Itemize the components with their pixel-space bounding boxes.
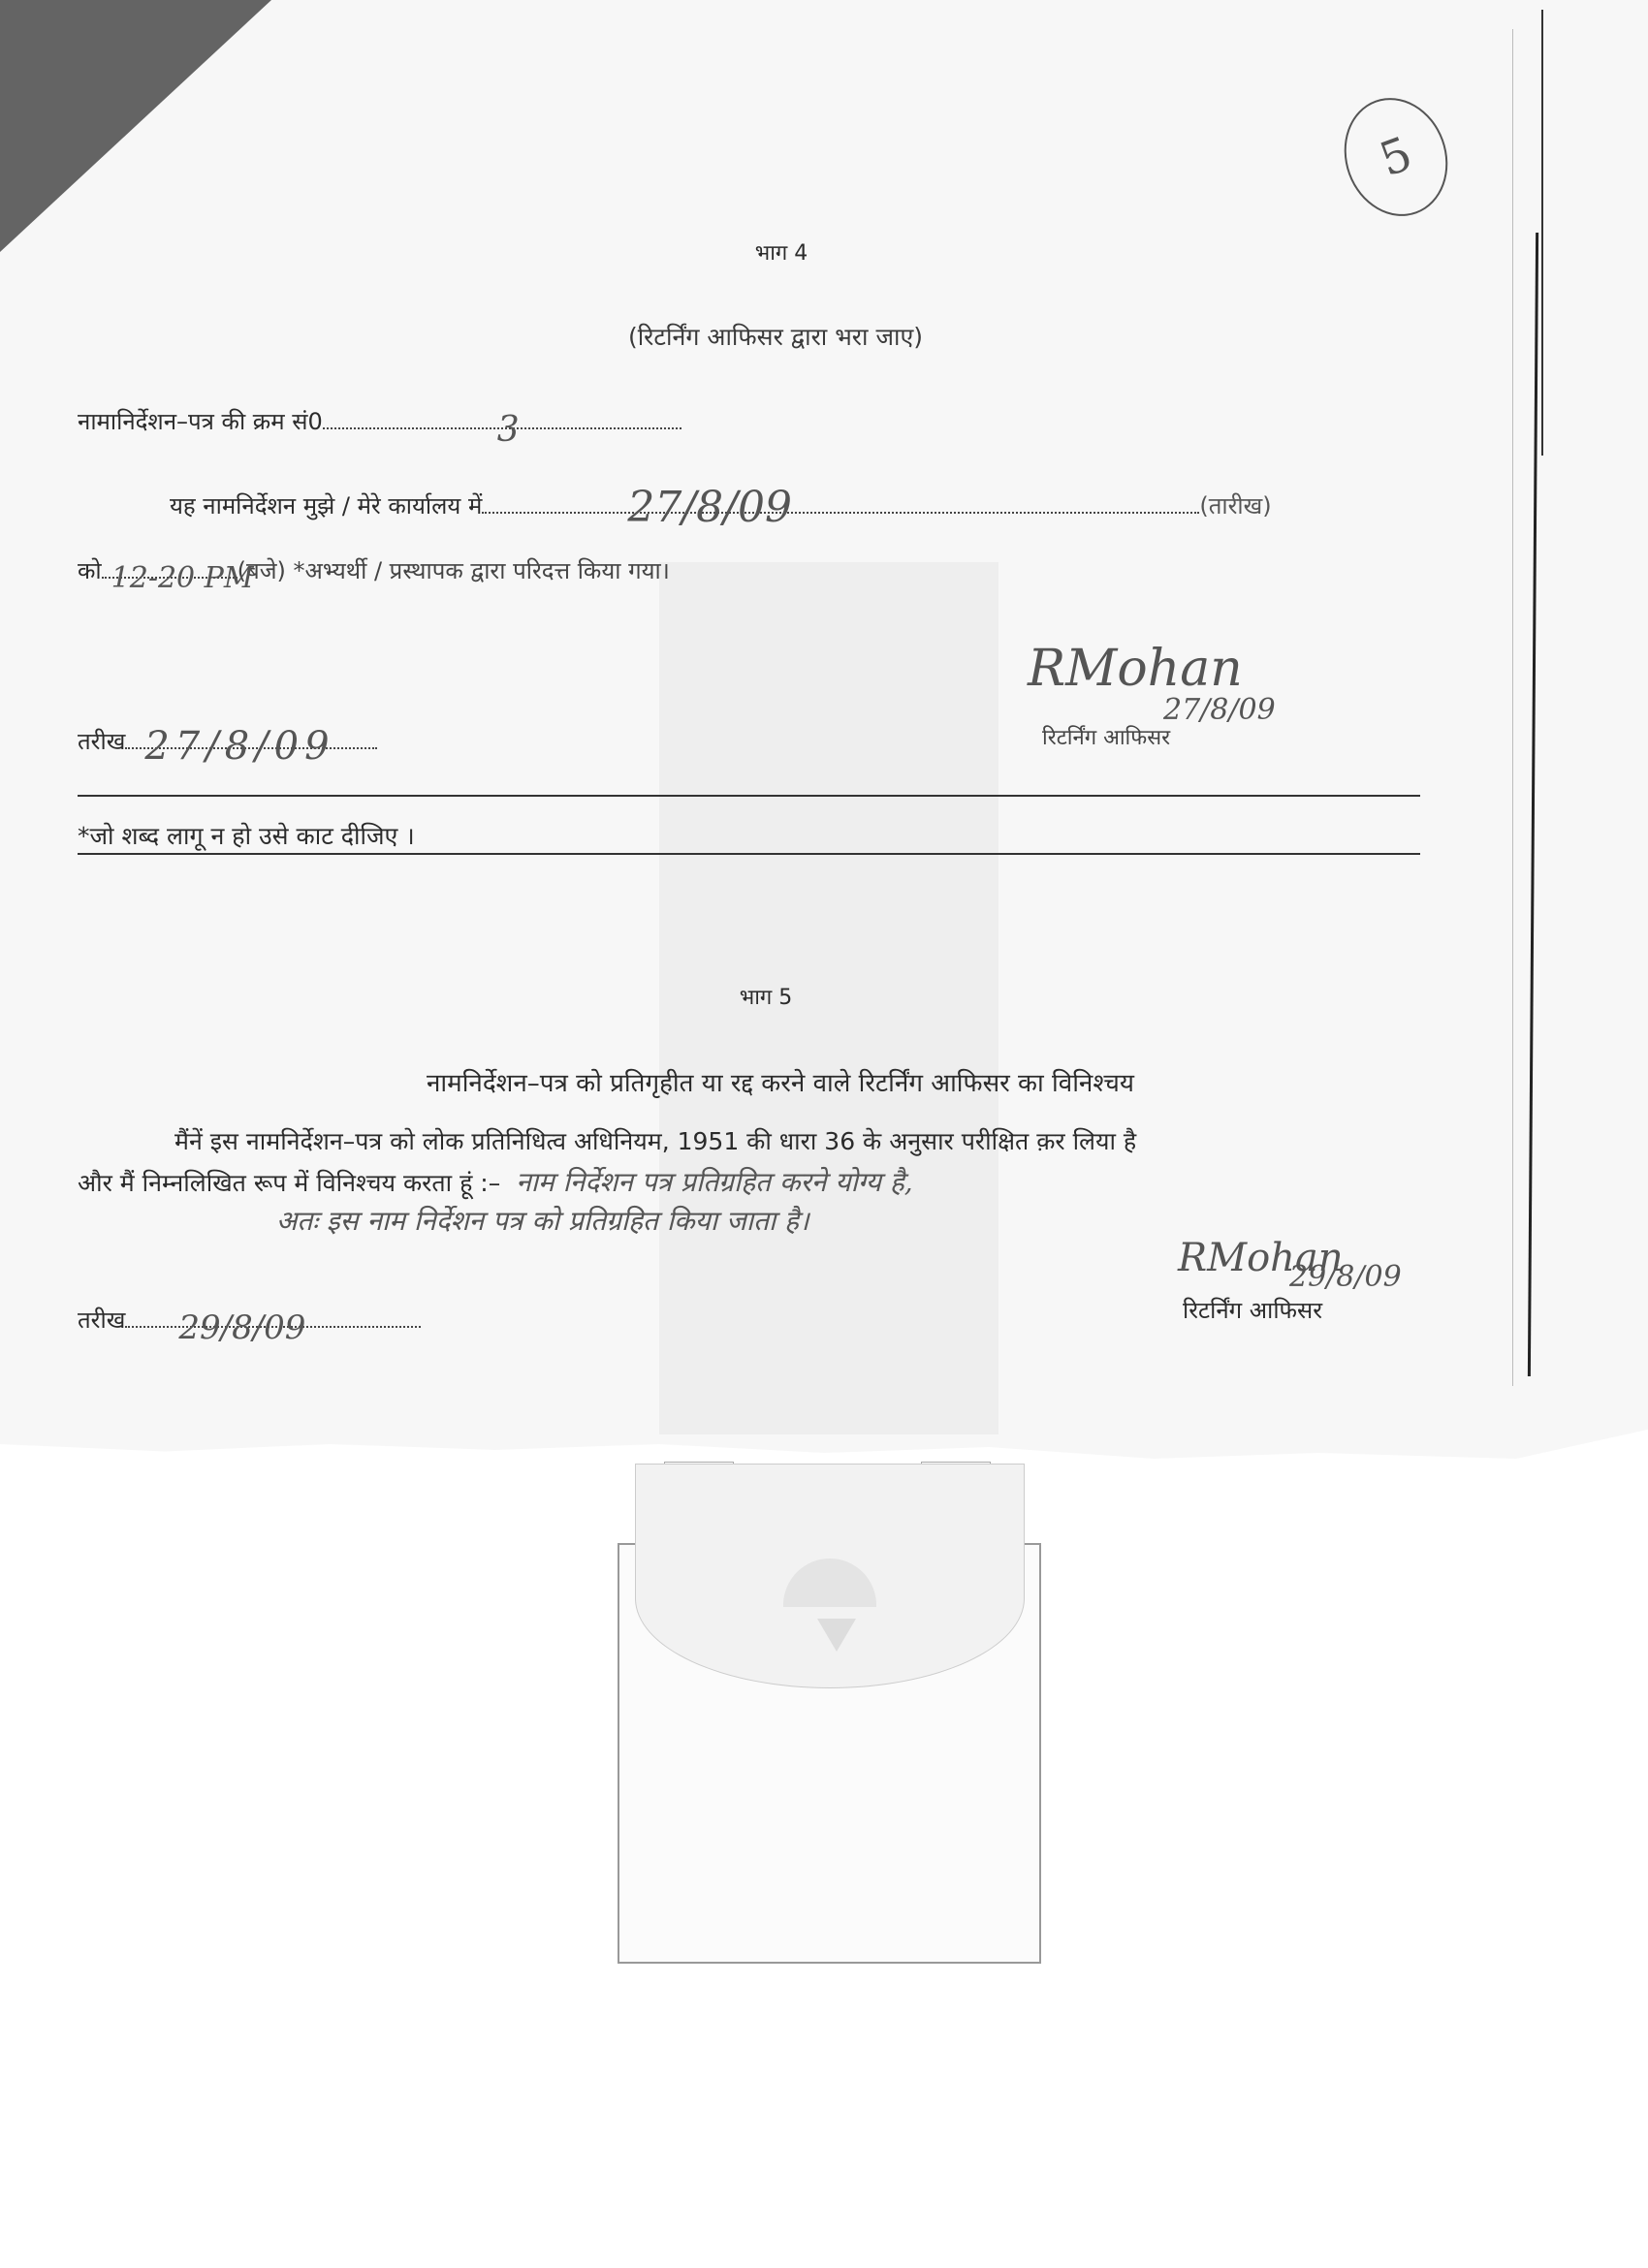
serial-field: 3: [323, 427, 681, 429]
part4-date-field: 27/8/09: [125, 747, 377, 749]
serial-label: नामानिर्देशन–पत्र की क्रम सं0: [78, 408, 323, 435]
received-row: यह नामनिर्देशन मुझे / मेरे कार्यालय में2…: [170, 489, 1272, 521]
part4-date-row: तरीख27/8/09: [78, 725, 377, 757]
part4-officer-label: रिटर्निंग आफिसर: [1042, 722, 1170, 751]
part4-signature: RMohan: [1028, 640, 1243, 698]
footnote: *जो शब्द लागू न हो उसे काट दीजिए ।: [78, 819, 415, 852]
page-edge-line: [1541, 10, 1543, 456]
part4-signature-date: 27/8/09: [1163, 693, 1276, 727]
part5-signature-date: 29/8/09: [1289, 1260, 1402, 1294]
received-date-field: 27/8/09: [482, 512, 1199, 514]
part5-date-field: 29/8/09: [125, 1326, 421, 1328]
received-label: यह नामनिर्देशन मुझे / मेरे कार्यालय में: [170, 492, 482, 520]
delivery-time-row: को12-20 PM(बजे) *अभ्यर्थी / प्रस्थापक द्…: [78, 554, 670, 586]
decision-handwritten-line1: नाम निर्देशन पत्र प्रतिग्रहित करने योग्य…: [516, 1166, 912, 1198]
decision-paragraph-line1: मैंनें इस नामनिर्देशन–पत्र को लोक प्रतिन…: [174, 1124, 1136, 1157]
part5-heading: भाग 5: [740, 982, 793, 1011]
divider: [78, 795, 1420, 797]
serial-number-row: नामानिर्देशन–पत्र की क्रम सं03: [78, 405, 681, 437]
divider: [78, 853, 1420, 855]
part5-officer-label: रिटर्निंग आफिसर: [1183, 1294, 1322, 1326]
decision-paragraph-line2: और मैं निम्नलिखित रूप में विनिश्चय करता …: [78, 1163, 913, 1200]
part5-date-row: तरीख29/8/09: [78, 1304, 421, 1336]
page-edge-line: [1512, 29, 1513, 1386]
decision-handwritten-line2: अतः इस नाम निर्देशन पत्र को प्रतिग्रहित …: [276, 1202, 809, 1239]
part4-heading: भाग 4: [755, 237, 808, 267]
scan-shadow-corner: [0, 0, 271, 252]
part5-title: नामनिर्देशन–पत्र को प्रतिगृहीत या रद्द क…: [427, 1064, 1134, 1099]
time-field: 12-20 PM: [102, 577, 238, 579]
tray-arrow-down-icon: [817, 1619, 856, 1652]
part4-subheading: (रिटर्निंग आफिसर द्वारा भरा जाए): [628, 320, 923, 353]
